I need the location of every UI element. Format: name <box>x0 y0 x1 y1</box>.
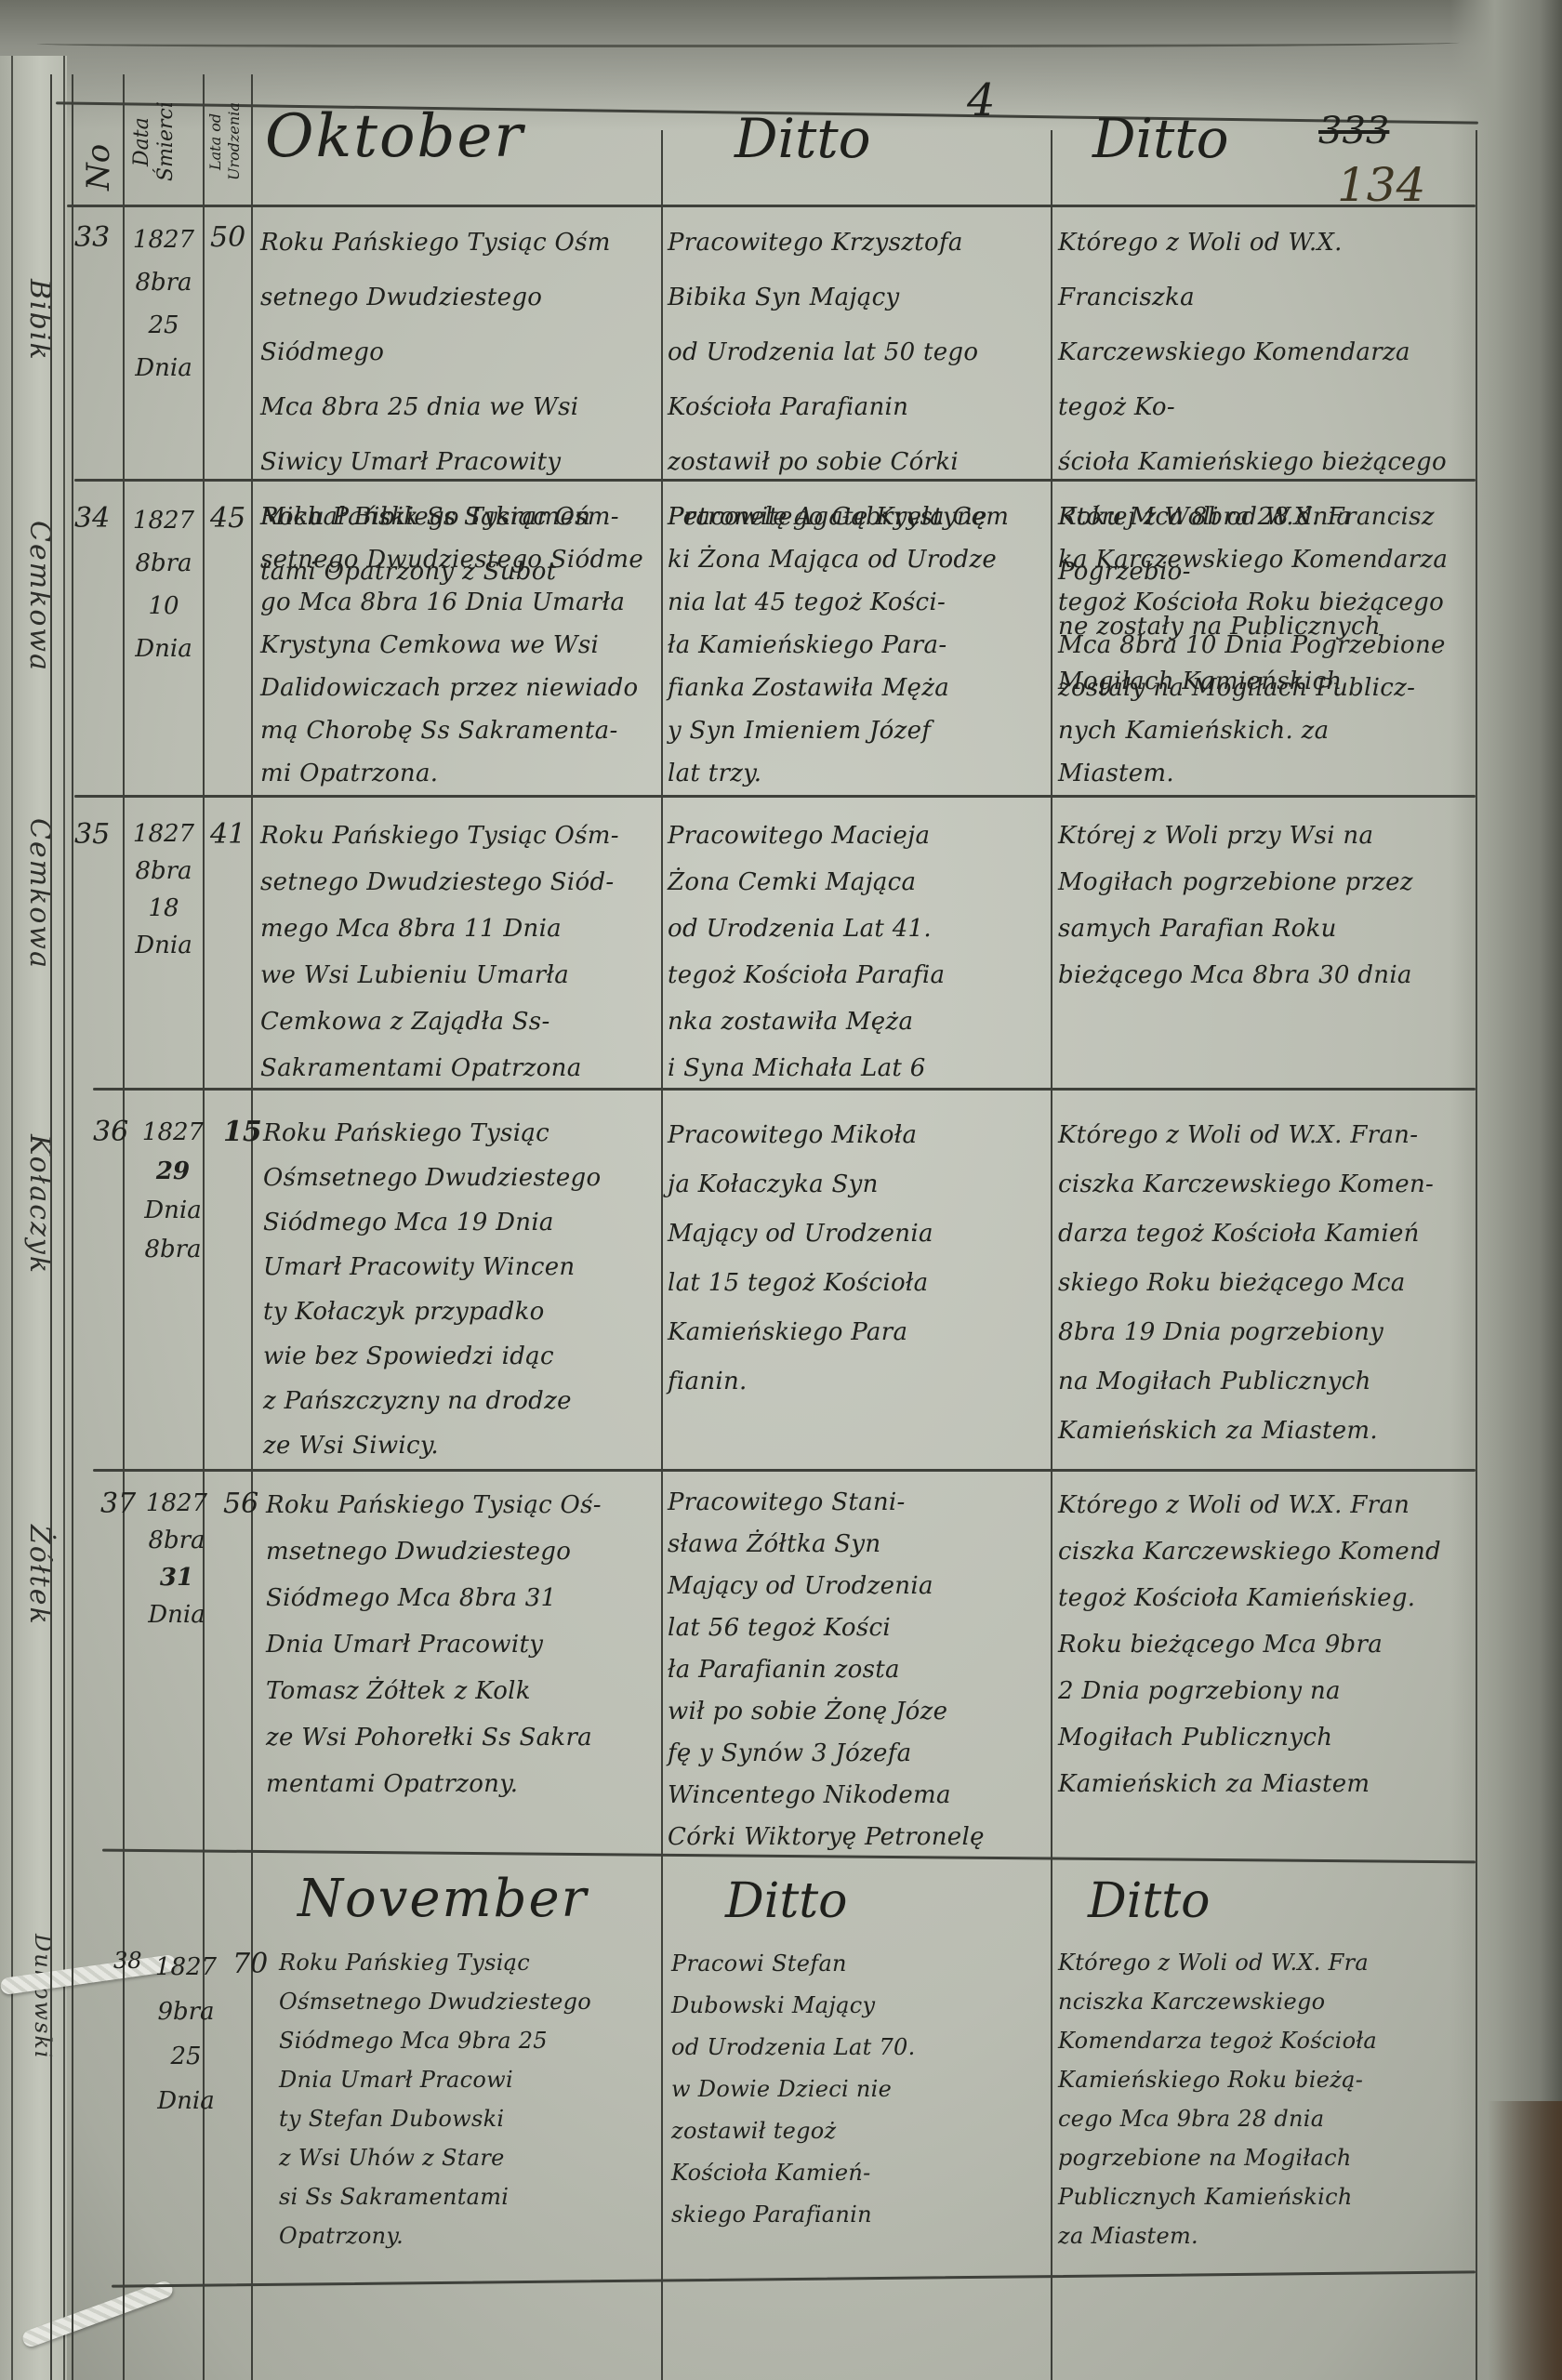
date-year: 1827 <box>149 1945 223 1990</box>
entry-number: 38 <box>113 1948 142 1974</box>
section-month-header: November <box>298 1869 588 1929</box>
register-page: Bibik Cemkowa Cemkowa Kołaczyk Żółtek Du… <box>0 0 1562 2380</box>
entry-burial: Którego z Woli od W.X. Fra nciszka Karcz… <box>1058 1943 1472 2255</box>
header-month: Oktober <box>265 102 524 171</box>
date-day: 29 <box>136 1152 210 1191</box>
entry-parents: Pracowitego Macieja Żona Cemki Mająca od… <box>668 813 1049 1091</box>
entry-age: 56 <box>223 1487 258 1520</box>
entry-number: 36 <box>93 1116 128 1148</box>
date-year: 1827 <box>125 815 203 853</box>
date-dnia: Dnia <box>125 628 203 670</box>
date-dnia: Dnia <box>149 2079 223 2123</box>
entry-burial: Którego z Woli od W.X. Fran- ciszka Karc… <box>1058 1111 1472 1456</box>
entry-date: 1827 29 Dnia 8bra <box>136 1113 210 1269</box>
section-parents-ditto: Ditto <box>725 1873 847 1929</box>
date-day: 25 <box>125 304 203 347</box>
header-age: Lata od Urodzenia <box>206 84 247 200</box>
column-rule <box>50 74 52 2380</box>
header-date-of-death: Data Śmierci <box>130 84 195 200</box>
entry-number: 37 <box>100 1487 136 1520</box>
entry-number: 33 <box>74 221 110 254</box>
date-dnia: Dnia <box>139 1596 214 1633</box>
column-rule <box>72 74 73 2380</box>
column-rule <box>1051 130 1052 2380</box>
date-dnia: Dnia <box>125 347 203 390</box>
entry-burial: Której z Woli od W.X. Francisz ka Karcze… <box>1058 496 1472 795</box>
entry-record: Roku Pańskieg Tysiąc Ośmsetnego Dwudzies… <box>279 1943 669 2255</box>
row-rule <box>74 795 1476 798</box>
column-rule <box>1476 130 1477 2380</box>
header-burial-ditto: Ditto <box>1092 107 1229 170</box>
entry-number: 35 <box>74 818 110 851</box>
column-rule <box>123 74 125 2380</box>
date-year: 1827 <box>125 218 203 261</box>
gutter-rule <box>63 56 65 2380</box>
date-day: 25 <box>149 2034 223 2079</box>
entry-age: 41 <box>210 818 245 851</box>
date-day: 18 <box>125 890 203 927</box>
entry-record: Roku Pańskiego Tysiąc Ośm- setnego Dwudz… <box>260 813 660 1091</box>
date-dnia: Dnia <box>125 927 203 964</box>
entry-number: 34 <box>74 502 110 535</box>
entry-record: Roku Pańskiego Tysiąc Ośmsetnego Dwudzie… <box>263 1111 663 1468</box>
entry-age: 15 <box>223 1116 262 1148</box>
date-month: 8bra <box>125 542 203 585</box>
date-year: 1827 <box>125 499 203 542</box>
row-rule <box>112 2270 1476 2287</box>
entry-age: 45 <box>210 502 245 535</box>
entry-age: 70 <box>232 1948 268 1980</box>
corner-mark: 4 <box>967 74 996 126</box>
entry-date: 1827 8bra 31 Dnia <box>139 1485 214 1633</box>
entry-parents: Pracowi Stefan Dubowski Mający od Urodze… <box>671 1943 1048 2236</box>
entry-burial: Którego z Woli od W.X. Fran ciszka Karcz… <box>1058 1482 1472 1807</box>
header-parents-ditto: Ditto <box>735 107 871 170</box>
date-month: 8bra <box>136 1230 210 1269</box>
header-bottom-rule <box>67 205 1476 207</box>
date-day: 10 <box>125 585 203 628</box>
row-rule <box>93 1469 1476 1472</box>
date-month: 8bra <box>125 853 203 890</box>
entry-record: Roku Pańskiego Tysiąc Oś- msetnego Dwudz… <box>266 1482 666 1807</box>
date-month: 8bra <box>139 1522 214 1559</box>
date-year: 1827 <box>136 1113 210 1152</box>
page-number-struck: 333 <box>1318 110 1389 152</box>
gutter-rule <box>11 56 13 2380</box>
date-day: 31 <box>139 1559 214 1596</box>
entry-parents: Pracowitego Mikoła ja Kołaczyka Syn Mają… <box>668 1111 1049 1407</box>
page-number: 134 <box>1337 158 1425 212</box>
page-bottom-corner <box>1488 2101 1562 2380</box>
entry-date: 1827 8bra 10 Dnia <box>125 499 203 670</box>
date-dnia: Dnia <box>136 1191 210 1230</box>
entry-burial: Której z Woli przy Wsi na Mogiłach pogrz… <box>1058 813 1472 998</box>
date-year: 1827 <box>139 1485 214 1522</box>
entry-date: 1827 8bra 18 Dnia <box>125 815 203 964</box>
entry-record: Roku Pańskiego Tysiąc Ośm- setnego Dwudz… <box>260 496 660 795</box>
entry-parents: Pracowitego Stani- sława Żółtka Syn Mają… <box>668 1482 1049 1858</box>
entry-age: 50 <box>210 221 245 254</box>
torn-top-edge <box>37 35 1460 47</box>
entry-date: 1827 9bra 25 Dnia <box>149 1945 223 2123</box>
header-number: No <box>80 88 117 191</box>
date-month: 8bra <box>125 261 203 304</box>
column-rule <box>251 74 253 2380</box>
section-burial-ditto: Ditto <box>1088 1873 1210 1929</box>
entry-date: 1827 8bra 25 Dnia <box>125 218 203 390</box>
date-month: 9bra <box>149 1990 223 2034</box>
entry-parents: Pracowitego Gabryela Cem ki Żona Mająca … <box>668 496 1049 795</box>
